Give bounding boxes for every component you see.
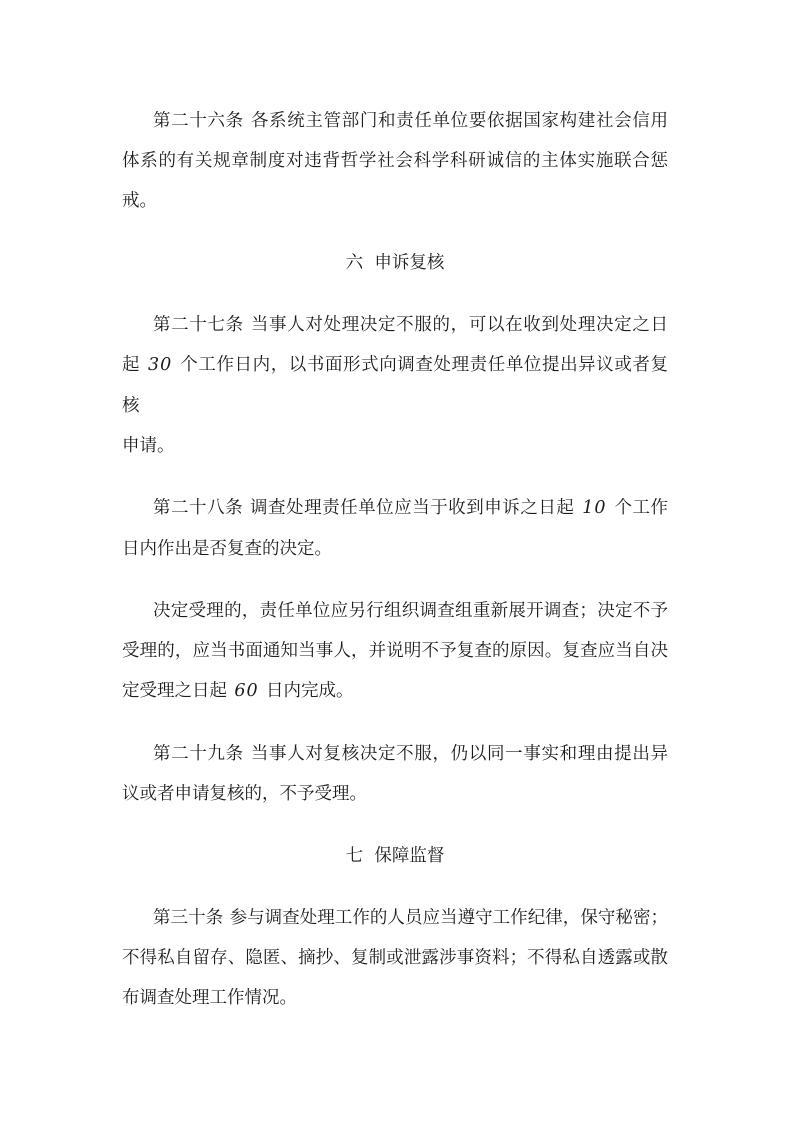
handwritten-number: 10: [581, 498, 607, 518]
article-29-paragraph: 第二十九条 当事人对复核决定不服，仍以同一事实和理由提出异议或者申请复核的，不予…: [122, 733, 668, 813]
handwritten-number: 30: [147, 355, 173, 375]
text-line: 第二十八条 调查处理责任单位应当于收到申诉之日起 10 个工作: [122, 487, 668, 528]
text-line: 第二十九条 当事人对复核决定不服，仍以同一事实和理由提出异: [122, 733, 668, 773]
article-30-paragraph: 第三十条 参与调查处理工作的人员应当遵守工作纪律，保守秘密；不得私自留存、隐匿、…: [122, 897, 668, 1017]
text-line: 定受理之日起 60 日内完成。: [122, 670, 668, 711]
section-heading-safeguard-supervision: 七 保障监督: [122, 835, 668, 875]
text-line: 起 30 个工作日内，以书面形式向调查处理责任单位提出异议或者复核: [122, 344, 668, 425]
article-28-followup-paragraph: 决定受理的，责任单位应另行组织调查组重新展开调查；决定不予受理的，应当书面通知当…: [122, 590, 668, 711]
text-line: 日内作出是否复查的决定。: [122, 528, 668, 568]
text-line: 议或者申请复核的，不予受理。: [122, 773, 668, 813]
text-line: 体系的有关规章制度对违背哲学社会科学科研诚信的主体实施联合惩: [122, 140, 668, 180]
text-line: 第二十六条 各系统主管部门和责任单位要依据国家构建社会信用: [122, 100, 668, 140]
text-line: 不得私自留存、隐匿、摘抄、复制或泄露涉事资料；不得私自透露或散: [122, 937, 668, 977]
document-page: 第二十六条 各系统主管部门和责任单位要依据国家构建社会信用体系的有关规章制度对违…: [0, 0, 793, 1122]
article-27-paragraph: 第二十七条 当事人对处理决定不服的，可以在收到处理决定之日起 30 个工作日内，…: [122, 304, 668, 465]
article-26-paragraph: 第二十六条 各系统主管部门和责任单位要依据国家构建社会信用体系的有关规章制度对违…: [122, 100, 668, 220]
text-line: 第二十七条 当事人对处理决定不服的，可以在收到处理决定之日: [122, 304, 668, 344]
handwritten-number: 60: [233, 681, 259, 701]
article-28-paragraph: 第二十八条 调查处理责任单位应当于收到申诉之日起 10 个工作日内作出是否复查的…: [122, 487, 668, 568]
text-line: 戒。: [122, 180, 668, 220]
text-line: 布调查处理工作情况。: [122, 977, 668, 1017]
text-line: 第三十条 参与调查处理工作的人员应当遵守工作纪律，保守秘密；: [122, 897, 668, 937]
text-line: 申请。: [122, 425, 668, 465]
section-heading-appeal-review: 六 申诉复核: [122, 242, 668, 282]
text-line: 决定受理的，责任单位应另行组织调查组重新展开调查；决定不予: [122, 590, 668, 630]
text-line: 受理的，应当书面通知当事人，并说明不予复查的原因。复查应当自决: [122, 630, 668, 670]
